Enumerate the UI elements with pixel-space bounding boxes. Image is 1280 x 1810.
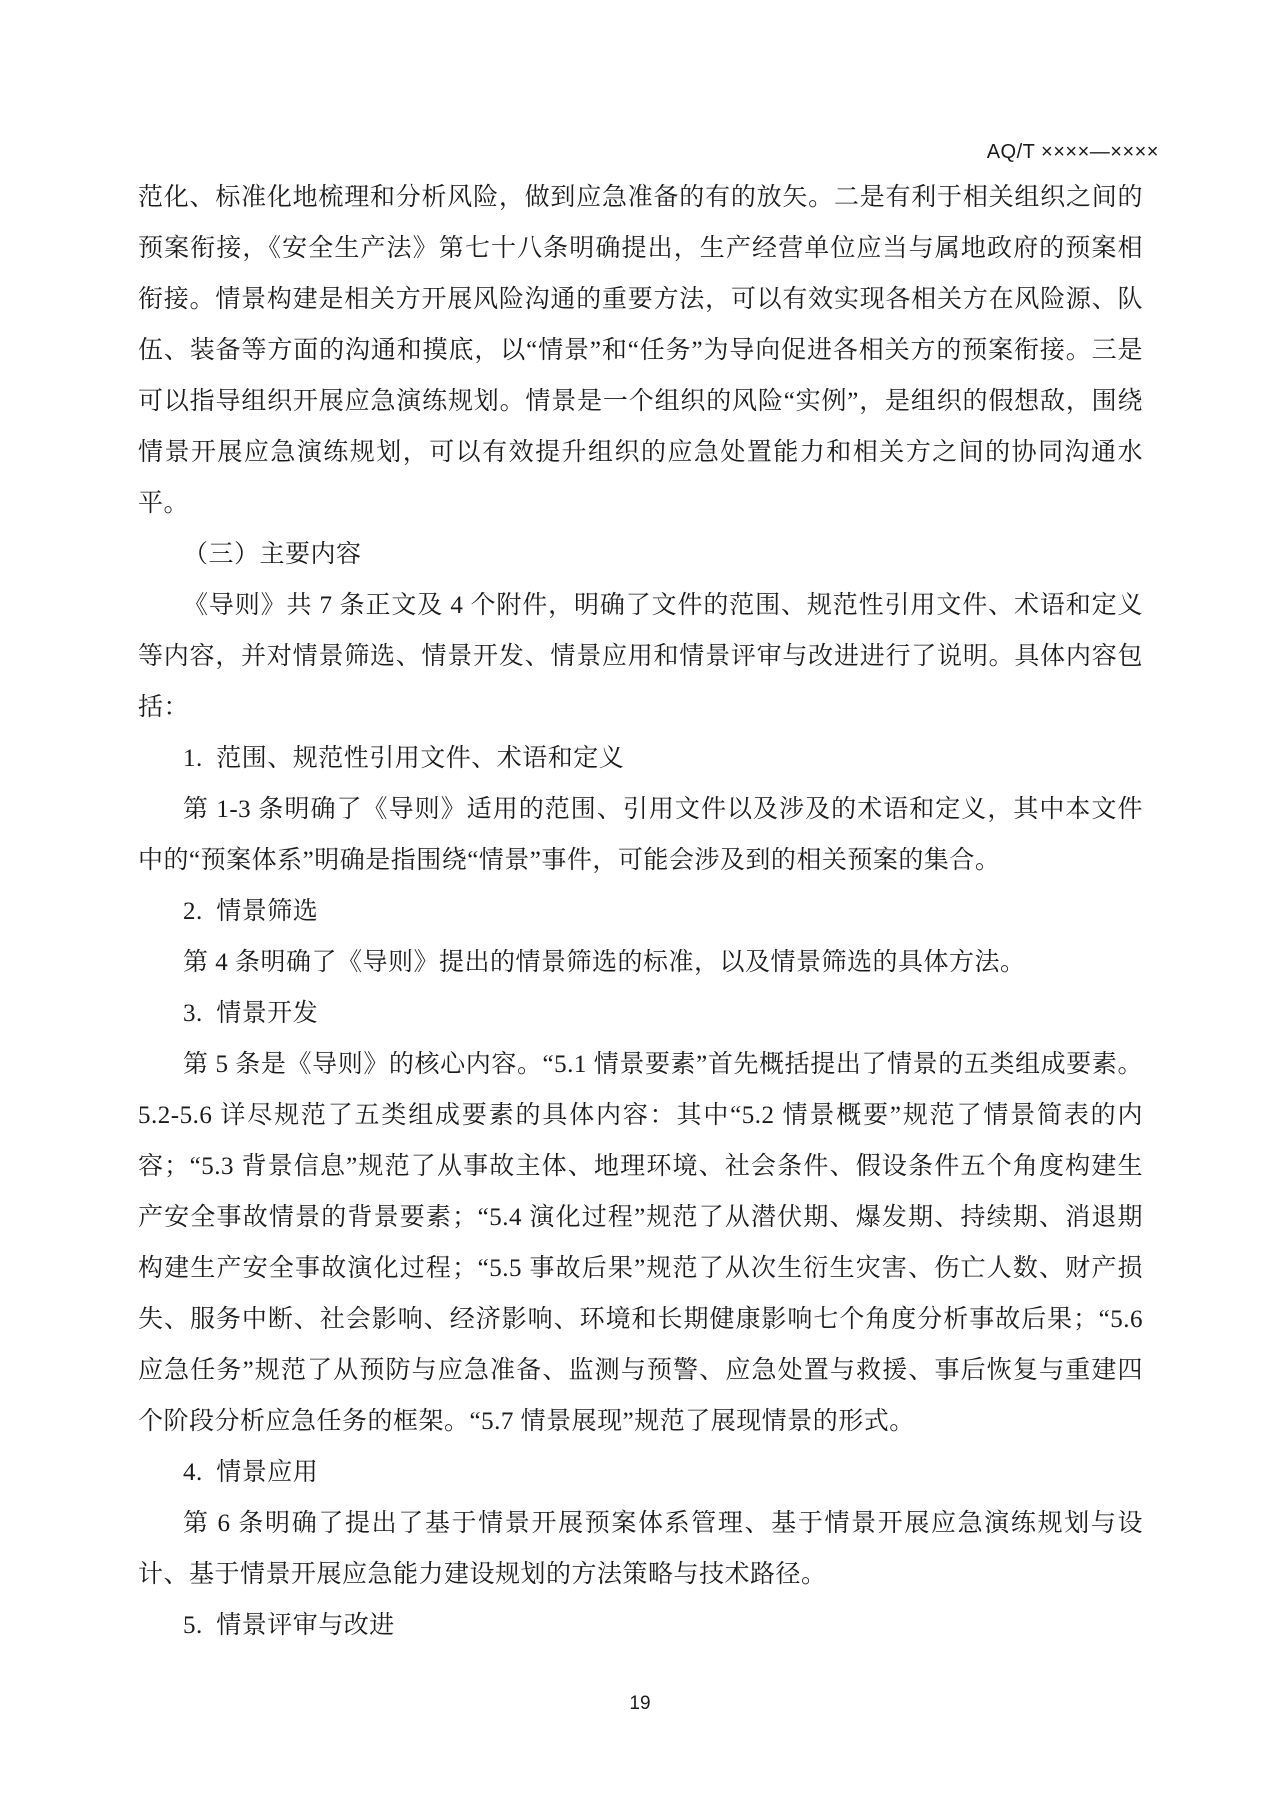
body-paragraph-continuation: 范化、标准化地梳理和分析风险，做到应急准备的有的放矢。二是有利于相关组织之间的预… xyxy=(138,172,1143,529)
list-heading-5-scenario-review: 5. 情景评审与改进 xyxy=(138,1600,1143,1651)
page-number: 19 xyxy=(0,1692,1280,1716)
body-paragraph-clause-4: 第 4 条明确了《导则》提出的情景筛选的标准，以及情景筛选的具体方法。 xyxy=(138,937,1143,988)
body-paragraph-clause-6: 第 6 条明确了提出了基于情景开展预案体系管理、基于情景开展应急演练规划与设计、… xyxy=(138,1498,1143,1600)
section-heading-main-content: （三）主要内容 xyxy=(138,529,1143,580)
standard-code-header: AQ/T ××××—×××× xyxy=(987,141,1159,163)
body-paragraph-overview: 《导则》共 7 条正文及 4 个附件，明确了文件的范围、规范性引用文件、术语和定… xyxy=(138,580,1143,733)
list-heading-2-scenario-screening: 2. 情景筛选 xyxy=(138,886,1143,937)
body-paragraph-clause-5: 第 5 条是《导则》的核心内容。“5.1 情景要素”首先概括提出了情景的五类组成… xyxy=(138,1039,1143,1447)
body-paragraph-clauses-1-3: 第 1-3 条明确了《导则》适用的范围、引用文件以及涉及的术语和定义，其中本文件… xyxy=(138,784,1143,886)
list-heading-3-scenario-development: 3. 情景开发 xyxy=(138,988,1143,1039)
document-page: AQ/T ××××—×××× 范化、标准化地梳理和分析风险，做到应急准备的有的放… xyxy=(0,0,1280,1810)
list-heading-1-scope: 1. 范围、规范性引用文件、术语和定义 xyxy=(138,733,1143,784)
document-body: 范化、标准化地梳理和分析风险，做到应急准备的有的放矢。二是有利于相关组织之间的预… xyxy=(138,172,1143,1651)
list-heading-4-scenario-application: 4. 情景应用 xyxy=(138,1447,1143,1498)
